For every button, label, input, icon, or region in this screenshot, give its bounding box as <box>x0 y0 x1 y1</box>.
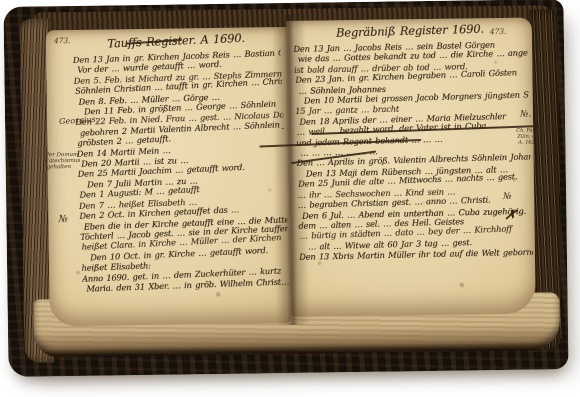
left-page-text: Tauffs Register. A 1690. Den 13 Jan in g… <box>72 29 291 294</box>
margin-note-line: A. 1620. <box>518 139 539 145</box>
margin-note-line: gehalten <box>47 164 71 170</box>
nota-bene-mark: № <box>58 214 68 225</box>
left-page: 473. Tauffs Register. A 1690. Den 13 Jan… <box>46 27 291 326</box>
right-page: 473. Begräbniß Register 1690. Den 13 Jan… <box>287 18 536 317</box>
right-page-lines: Den 13 Jan … Jacobs Reis … sein Bastel G… <box>293 37 533 262</box>
book: 473. Tauffs Register. A 1690. Den 13 Jan… <box>3 0 568 377</box>
cross-mark: ✗ <box>503 205 518 225</box>
nota-bene-mark: № <box>503 192 512 202</box>
left-page-lines: Den 13 Jan in gr. Kirchen Jacobs Reis … … <box>73 46 291 294</box>
photo-open-register-book: 473. Tauffs Register. A 1690. Den 13 Jan… <box>0 0 580 397</box>
nota-bene-mark: №. <box>520 110 532 120</box>
left-page-number: 473. <box>54 36 71 45</box>
